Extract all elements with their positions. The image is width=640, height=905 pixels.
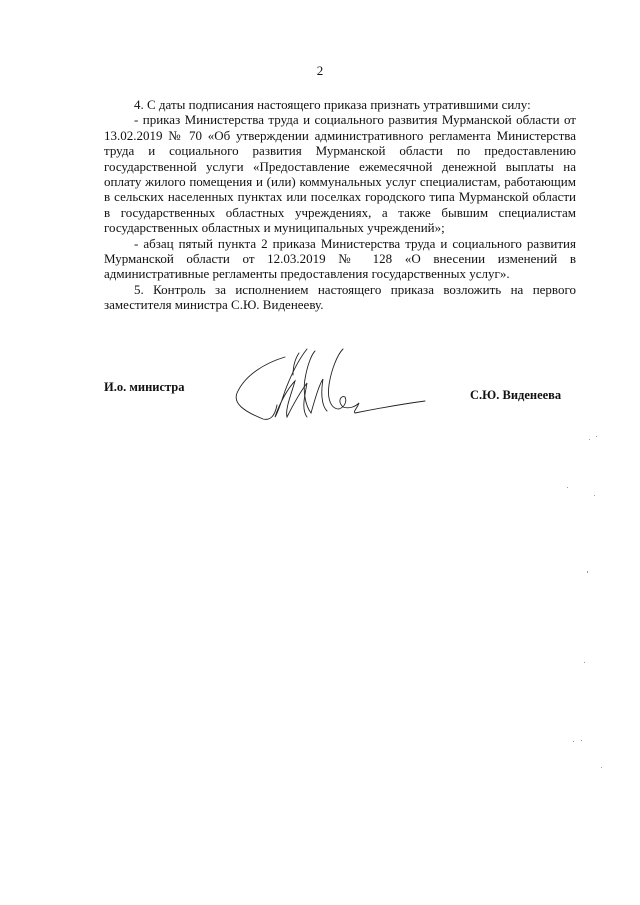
scan-speck (581, 740, 582, 741)
paragraph-item-5: 5. Контроль за исполнением настоящего пр… (104, 282, 576, 313)
scan-speck (567, 487, 568, 488)
handwritten-signature-icon (215, 345, 435, 425)
scan-speck (589, 439, 590, 440)
paragraph-revoked-order-128: - абзац пятый пункта 2 приказа Министерс… (104, 236, 576, 282)
paragraph-revoked-order-70: - приказ Министерства труда и социальног… (104, 112, 576, 235)
scan-speck (573, 741, 574, 742)
signer-name: С.Ю. Виденеева (470, 388, 561, 403)
signer-position: И.о. министра (104, 380, 185, 395)
scan-speck (601, 767, 602, 768)
scan-speck (584, 662, 585, 663)
document-body: 4. С даты подписания настоящего приказа … (104, 97, 576, 313)
paragraph-item-4: 4. С даты подписания настоящего приказа … (104, 97, 576, 112)
scan-speck (587, 571, 588, 573)
scan-speck (596, 436, 597, 437)
page-number: 2 (0, 63, 640, 79)
scan-speck (594, 495, 595, 496)
